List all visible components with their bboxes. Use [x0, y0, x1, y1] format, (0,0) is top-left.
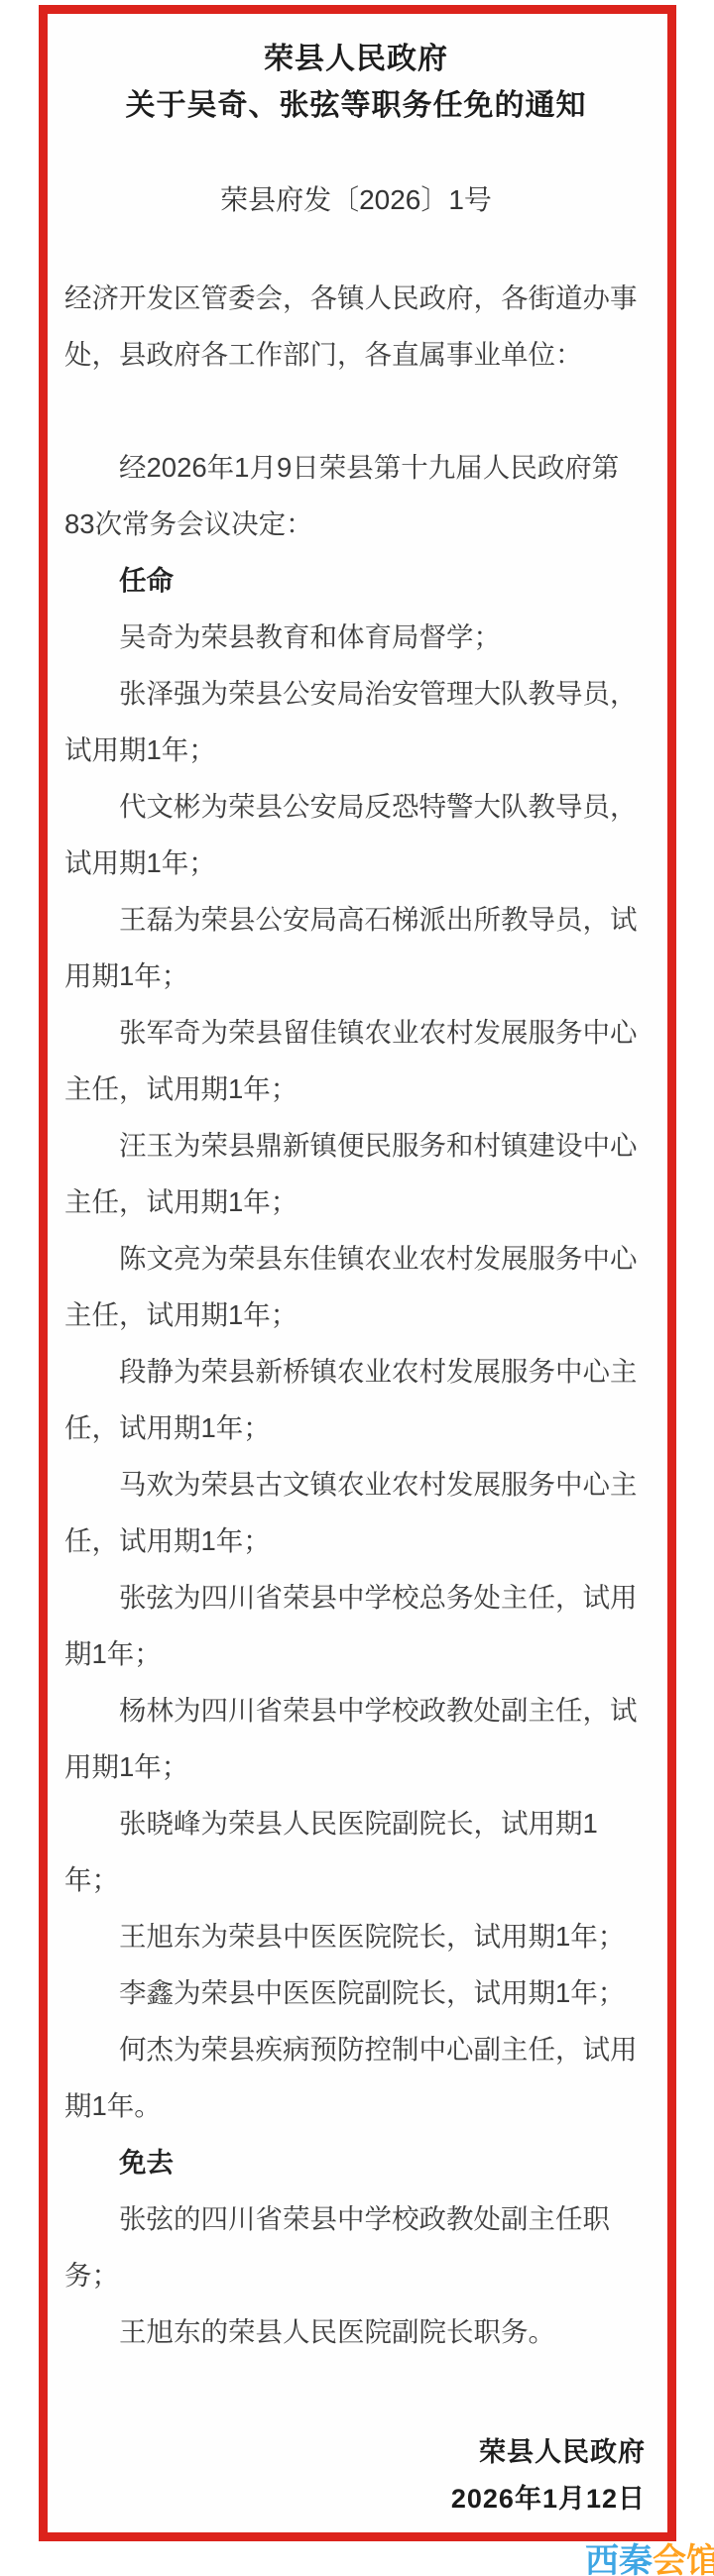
appointment-item: 王磊为荣县公安局高石梯派出所教导员，试用期1年； [64, 891, 648, 1004]
appointment-item: 张晓峰为荣县人民医院副院长，试用期1年； [64, 1795, 648, 1908]
appointment-item: 杨林为四川省荣县中学校政教处副主任，试用期1年； [64, 1682, 648, 1795]
red-border-frame: 荣县人民政府 关于吴奇、张弦等职务任免的通知 荣县府发〔2026〕1号 经济开发… [39, 5, 676, 2541]
appointment-item: 马欢为荣县古文镇农业农村发展服务中心主任，试用期1年； [64, 1456, 648, 1569]
doc-title-line1: 荣县人民政府 [64, 36, 648, 82]
appointment-item: 段静为荣县新桥镇农业农村发展服务中心主任，试用期1年； [64, 1343, 648, 1456]
site-watermark: 西秦会馆 [585, 2533, 714, 2576]
appointment-item: 陈文亮为荣县东佳镇农业农村发展服务中心主任，试用期1年； [64, 1230, 648, 1343]
appointment-item: 代文彬为荣县公安局反恐特警大队教导员，试用期1年； [64, 778, 648, 891]
watermark-text-orange: 会馆 [653, 2542, 714, 2576]
appointment-item: 张弦为四川省荣县中学校总务处主任，试用期1年； [64, 1569, 648, 1682]
issuer-signature: 荣县人民政府 [64, 2429, 646, 2476]
watermark-text-blue: 西秦 [585, 2542, 653, 2576]
preamble: 经2026年1月9日荣县第十九届人民政府第83次常务会议决定： [64, 439, 648, 552]
appointment-item: 何杰为荣县疾病预防控制中心副主任，试用期1年。 [64, 2021, 648, 2134]
appointment-item: 汪玉为荣县鼎新镇便民服务和村镇建设中心主任，试用期1年； [64, 1117, 648, 1230]
appointment-item: 张泽强为荣县公安局治安管理大队教导员，试用期1年； [64, 665, 648, 778]
document-page: 荣县人民政府 关于吴奇、张弦等职务任免的通知 荣县府发〔2026〕1号 经济开发… [0, 0, 714, 2576]
dismissal-item: 张弦的四川省荣县中学校政教处副主任职务； [64, 2190, 648, 2303]
signature-block: 荣县人民政府 2026年1月12日 [64, 2429, 648, 2522]
salutation: 经济开发区管委会，各镇人民政府，各街道办事处，县政府各工作部门，各直属事业单位： [64, 270, 648, 383]
doc-title-line2: 关于吴奇、张弦等职务任免的通知 [64, 82, 648, 129]
appoint-heading: 任命 [64, 552, 648, 609]
appointment-item: 张军奇为荣县留佳镇农业农村发展服务中心主任，试用期1年； [64, 1004, 648, 1117]
issue-date: 2026年1月12日 [64, 2476, 646, 2522]
appointment-item: 王旭东为荣县中医医院院长，试用期1年； [64, 1908, 648, 1964]
doc-number: 荣县府发〔2026〕1号 [64, 184, 648, 216]
dismissal-item: 王旭东的荣县人民医院副院长职务。 [64, 2303, 648, 2360]
dismiss-heading: 免去 [64, 2134, 648, 2190]
appointment-item: 吴奇为荣县教育和体育局督学； [64, 609, 648, 665]
appointment-item: 李鑫为荣县中医医院副院长，试用期1年； [64, 1964, 648, 2021]
